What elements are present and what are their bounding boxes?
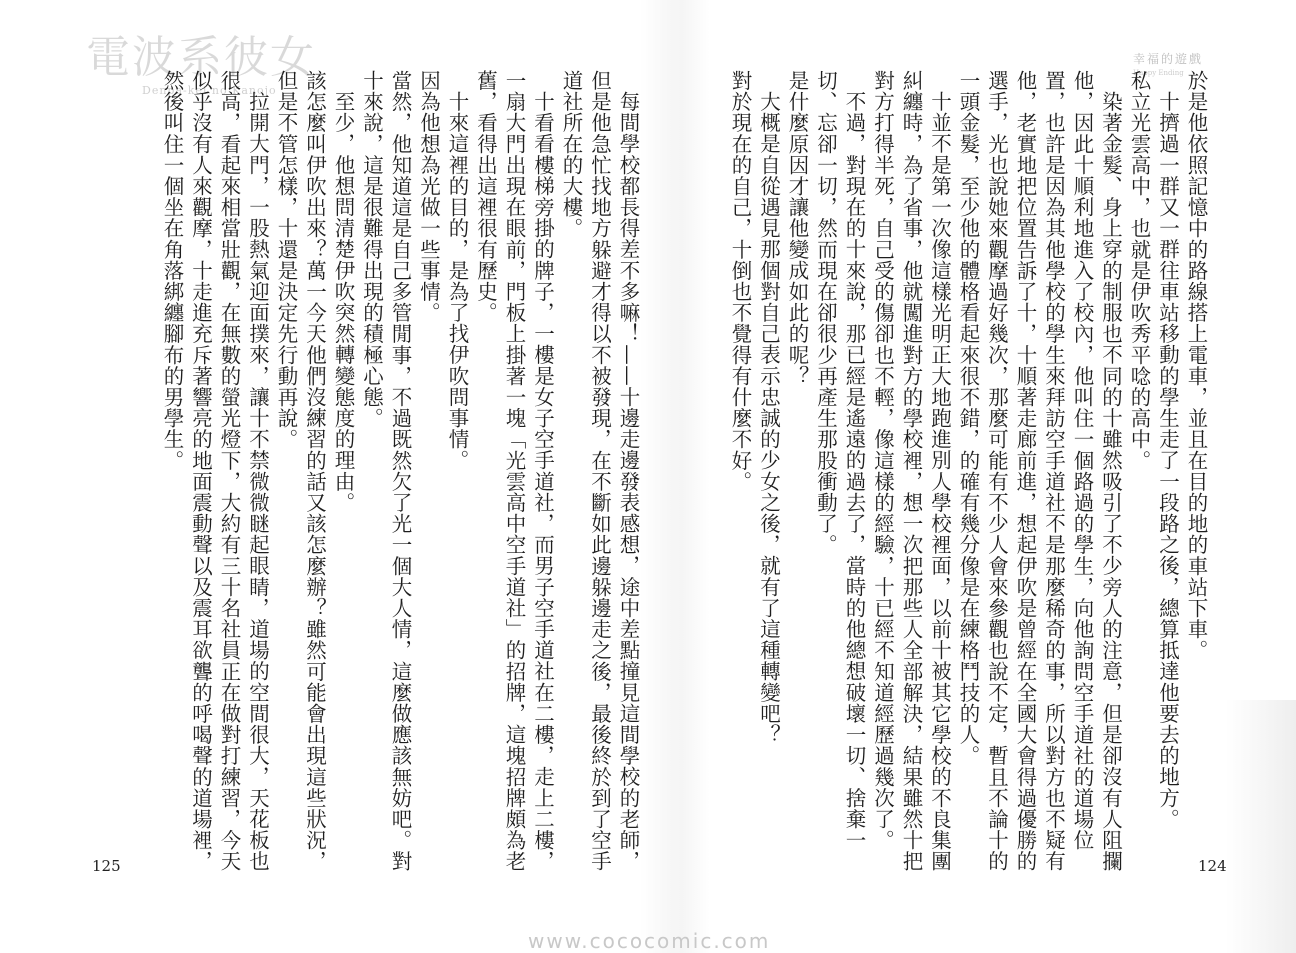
- paragraph: 十擠過一群又一群往車站移動的學生走了一段路之後，總算抵達他要去的地方。: [1153, 70, 1182, 890]
- page-number-right: 124: [1198, 857, 1227, 875]
- paragraph: 因為他想為光做一些事情。: [414, 70, 443, 890]
- paragraph: 至少，他想問清楚伊吹突然轉變態度的理由。: [329, 70, 358, 890]
- paragraph: 十看看樓梯旁掛的牌子，一樓是女子空手道社，而男子空手道社在二樓，走上二樓，一扇大…: [471, 70, 557, 890]
- book-spread: 電波系彼女 Denpa-kei no Kanojo 幸福的遊戲 Happy En…: [0, 0, 1296, 953]
- site-watermark: www.cococomic.com: [528, 929, 770, 953]
- page-edge-shadow: [1226, 700, 1296, 953]
- book-gutter: [640, 0, 710, 953]
- paragraph: 該怎麼叫伊吹出來？萬一今天他們沒練習的話又該怎麼辦？雖然可能會出現這些狀況，但是…: [272, 70, 329, 890]
- chapter-title: 幸福的遊戲: [1133, 50, 1203, 67]
- paragraph: 十來這裡的目的，是為了找伊吹問事情。: [443, 70, 472, 890]
- paragraph: 大概是自從遇見那個對自己表示忠誠的少女之後，就有了這種轉變吧？: [754, 70, 783, 890]
- left-page-text: 每間學校都長得差不多嘛！——十邊走邊發表感想，途中差點撞見這間學校的老師，但是他…: [86, 70, 642, 890]
- paragraph: 當然，他知道這是自己多管閒事，不過既然欠了光一個大人情，這麼做應該無妨吧。對十來…: [357, 70, 414, 890]
- page-number-left: 125: [92, 857, 121, 875]
- paragraph: 私立光雲高中，也就是伊吹秀平唸的高中。: [1125, 70, 1154, 890]
- paragraph: 染著金髮、身上穿的制服也不同的十雖然吸引了不少旁人的注意，但是卻沒有人阻攔他，因…: [954, 70, 1125, 890]
- paragraph: 於是他依照記憶中的路線搭上電車，並且在目的地的車站下車。: [1182, 70, 1211, 890]
- paragraph: 不過，對現在的十來說，那已經是遙遠的過去了，當時的他總想破壞一切、捨棄一切、忘卻…: [811, 70, 868, 890]
- paragraph: 拉開大門，一股熱氣迎面撲來，讓十不禁微微瞇起眼睛，道場的空間很大，天花板也很高，…: [158, 70, 272, 890]
- paragraph: 十並不是第一次像這樣光明正大地跑進別人學校裡面，以前十被其它學校的不良集團糾纏時…: [868, 70, 954, 890]
- paragraph: 對於現在的自己，十倒也不覺得有什麼不好。: [726, 70, 755, 890]
- paragraph: 是什麼原因才讓他變成如此的呢？: [783, 70, 812, 890]
- paragraph: 每間學校都長得差不多嘛！——十邊走邊發表感想，途中差點撞見這間學校的老師，但是他…: [557, 70, 643, 890]
- right-page-text: 於是他依照記憶中的路線搭上電車，並且在目的地的車站下車。十擠過一群又一群往車站移…: [740, 70, 1210, 890]
